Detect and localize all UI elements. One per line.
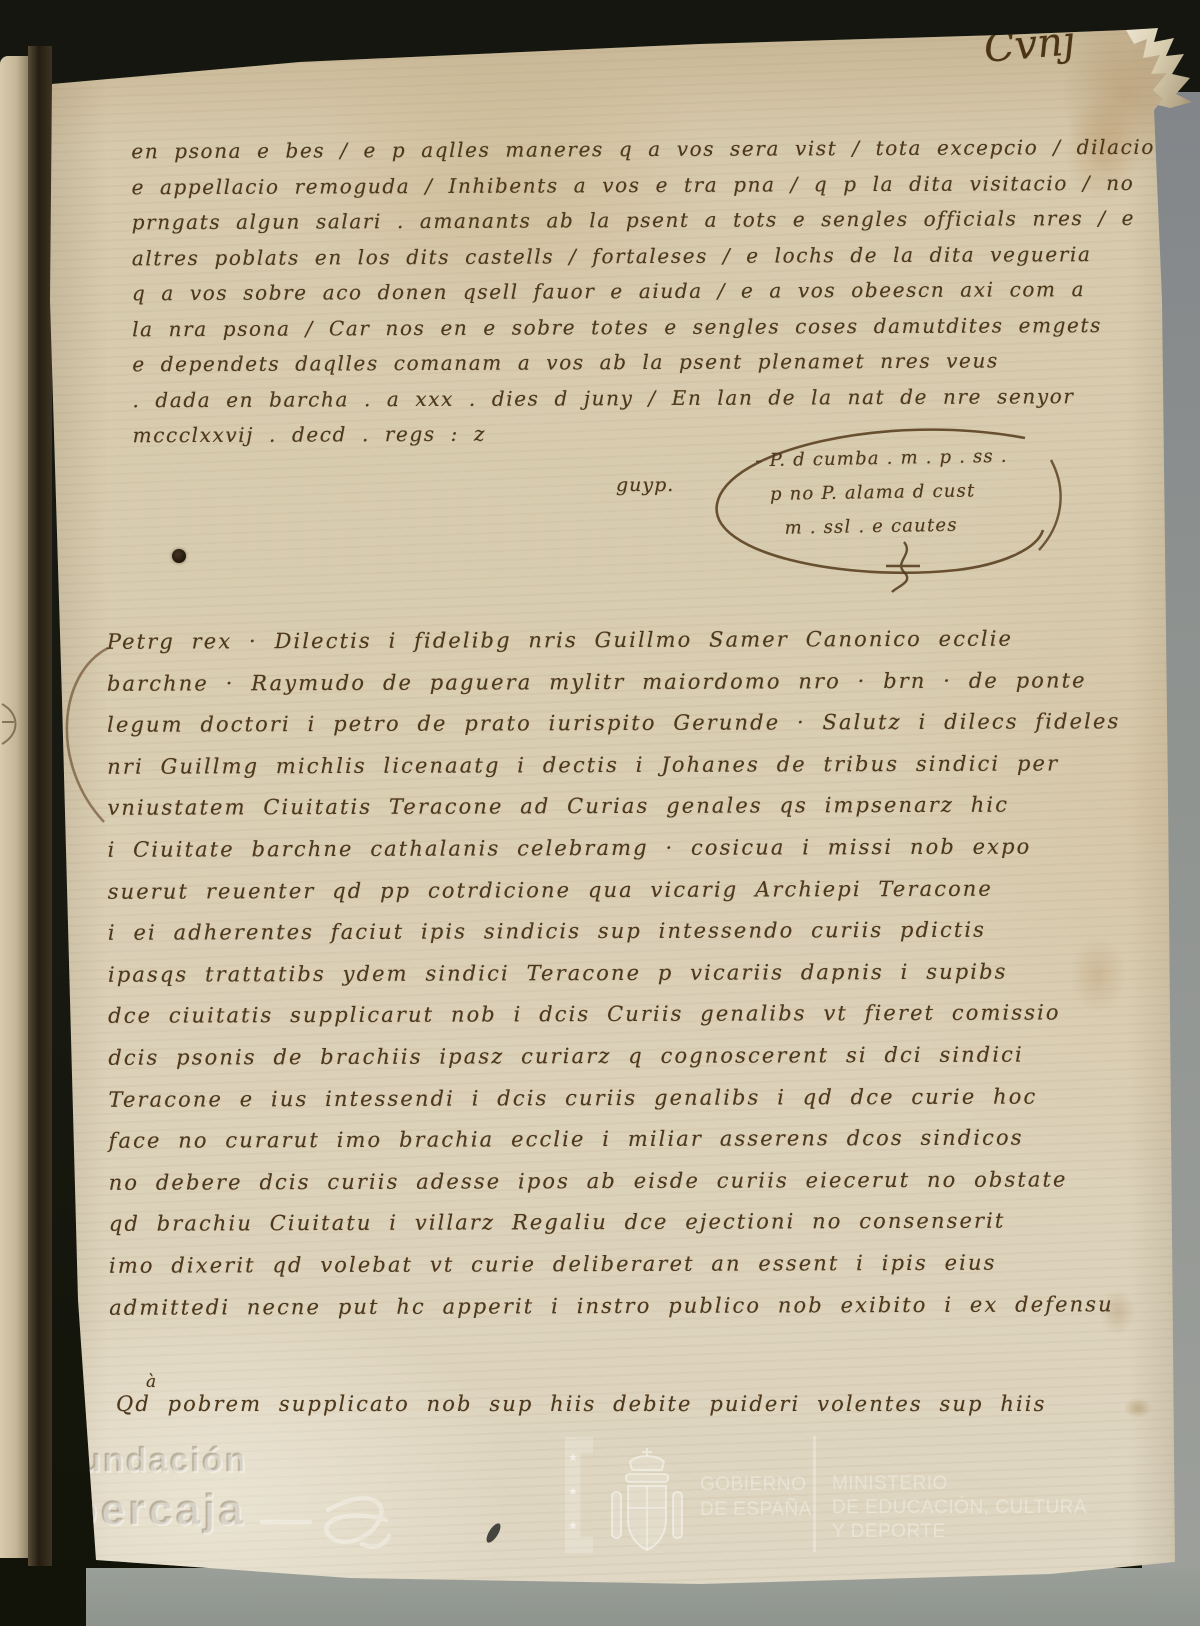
manuscript-line: dce ciuitatis supplicarut nob i dcis Cur… (108, 993, 1121, 1038)
ibercaja-foundation-label: Fundación (58, 1442, 248, 1481)
manuscript-line-final: Qd pobrem supplicato nob sup hiis debite… (116, 1392, 1047, 1416)
correction-mark: à (146, 1372, 156, 1392)
spain-coat-of-arms-icon (606, 1446, 688, 1554)
manuscript-line: i ei adherentes faciut ipis sindicis sup… (108, 909, 1121, 954)
manuscript-line: suerut reuenter qd pp cotrdicione qua vi… (108, 868, 1121, 913)
manuscript-line: . dada en barcha . a xxx . dies d juny /… (132, 378, 1179, 418)
manuscript-line: ipasqs trattatibs ydem sindici Teracone … (108, 951, 1121, 996)
manuscript-line: prngats algun salari . amanants ab la ps… (132, 201, 1179, 241)
manuscript-line: e appellacio remoguda / Inhibents a vos … (131, 165, 1178, 205)
ibercaja-wordmark: ibercaja (56, 1486, 246, 1536)
manuscript-line: e dependets daqlles comanam a vos ab la … (132, 343, 1179, 383)
folio-number: Cvnj (982, 18, 1077, 72)
manuscript-line: altres poblats en los dits castells / fo… (132, 236, 1179, 276)
government-name-line: DE ESPAÑA (700, 1497, 812, 1522)
chancery-note: - P. d cumba . m . p . ss . p no P. alam… (755, 440, 1009, 546)
marginal-word: guyp. (616, 474, 674, 496)
notarial-flourish-icon (882, 540, 926, 594)
paragraph-2: Petrg rex · Dilectis i fidelibg nris Gui… (107, 618, 1123, 1329)
manuscript-line: Petrg rex · Dilectis i fidelibg nris Gui… (107, 618, 1120, 663)
star-icon: ★ (568, 1485, 578, 1498)
note-line: - P. d cumba . m . p . ss . (755, 440, 1008, 478)
ministry-name-line: DE EDUCACIÓN, CULTURA (832, 1496, 1087, 1520)
scanned-manuscript: Cvnj en psona e bes / e p aqlles maneres… (0, 0, 1200, 1626)
manuscript-line: barchne · Raymudo de paguera mylitr maio… (107, 660, 1120, 705)
ministry-name: MINISTERIO DE EDUCACIÓN, CULTURA Y DEPOR… (832, 1472, 1087, 1544)
paragraph-1: en psona e bes / e p aqlles maneres q a … (131, 130, 1179, 454)
flag-ribbon-icon: ★ ★ ★ (565, 1437, 593, 1553)
star-icon: ★ (568, 1451, 578, 1464)
manuscript-line: legum doctori i petro de prato iurispito… (107, 701, 1120, 746)
manuscript-line: qd brachiu Ciuitatu i villarz Regaliu dc… (109, 1201, 1122, 1246)
manuscript-line: q a vos sobre aco donen qsell fauor e ai… (132, 272, 1179, 312)
manuscript-line: en psona e bes / e p aqlles maneres q a … (131, 130, 1178, 170)
page-gutter-shadow (28, 46, 52, 1566)
manuscript-line: vniustatem Ciuitatis Teracone ad Curias … (107, 785, 1120, 830)
star-icon: ★ (568, 1519, 578, 1532)
margin-bracket-icon (44, 642, 116, 828)
government-name: GOBIERNO DE ESPAÑA (700, 1472, 812, 1522)
ibercaja-logo-icon (262, 1486, 402, 1560)
watermark-divider (813, 1436, 816, 1552)
facing-page-ink-mark (0, 700, 24, 748)
manuscript-line: imo dixerit qd volebat vt curie delibera… (109, 1242, 1122, 1287)
manuscript-page: Cvnj en psona e bes / e p aqlles maneres… (0, 0, 1200, 1626)
manuscript-line: no debere dcis curiis adesse ipos ab eis… (109, 1159, 1122, 1204)
wormhole (172, 549, 186, 563)
government-name-line: GOBIERNO (700, 1472, 812, 1497)
manuscript-line: la nra psona / Car nos en e sobre totes … (132, 307, 1179, 347)
manuscript-line: i Ciuitate barchne cathalanis celebramg … (107, 826, 1120, 871)
manuscript-line: face no curarut imo brachia ecclie i mil… (109, 1117, 1122, 1162)
ministry-name-line: Y DEPORTE (832, 1520, 1087, 1544)
manuscript-line: nri Guillmg michlis licenaatg i dectis i… (107, 743, 1120, 788)
facing-page-edge (0, 56, 30, 1558)
ink-speck (484, 1521, 503, 1544)
note-line: p no P. alama d cust (756, 474, 1009, 512)
ministry-name-line: MINISTERIO (832, 1472, 1087, 1496)
manuscript-line: Teracone e ius intessendi i dcis curiis … (108, 1076, 1121, 1121)
manuscript-line: admittedi necne put hc apperit i instro … (109, 1284, 1122, 1329)
manuscript-line: dcis psonis de brachiis ipasz curiarz q … (108, 1034, 1121, 1079)
